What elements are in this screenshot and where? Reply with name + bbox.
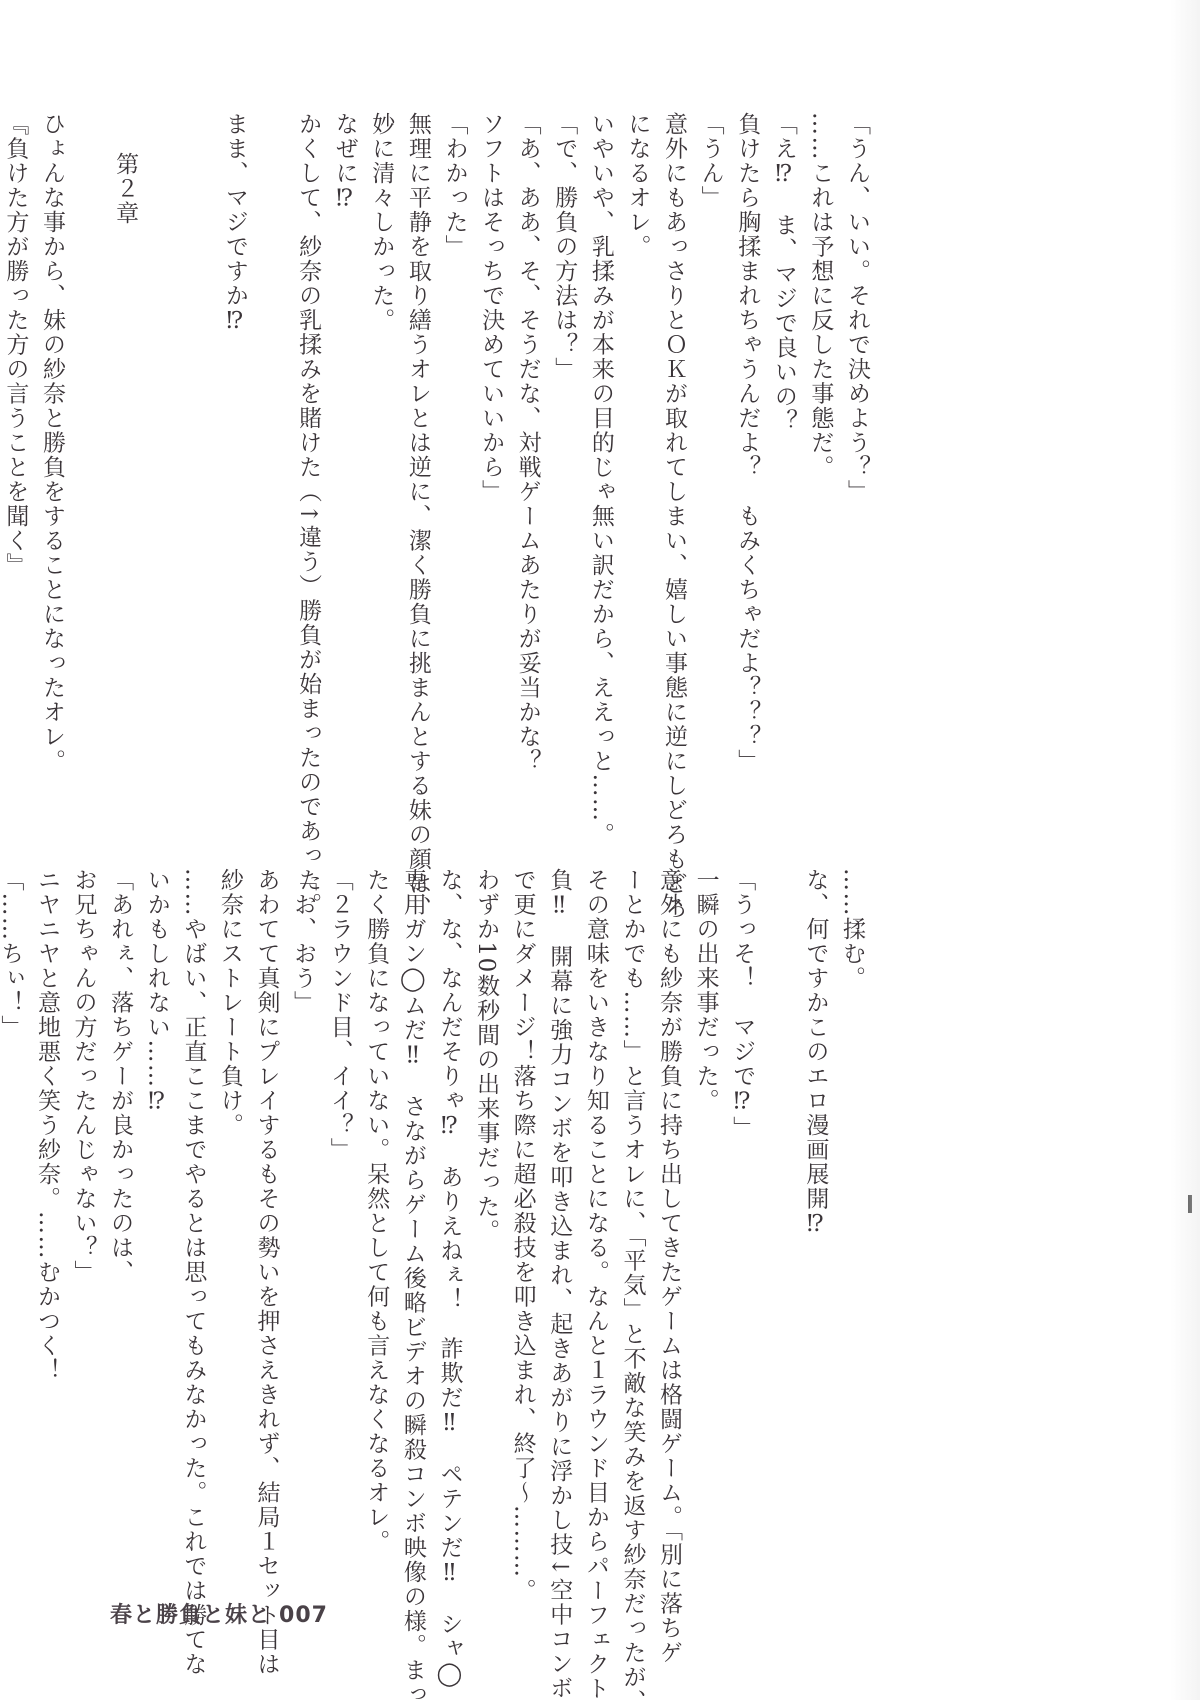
text-line: 無理に平静を取り繕うオレとは逆に、潔く勝負に挑まんとする妹の顔は、 <box>399 112 436 792</box>
text-line: わずか10数秒間の出来事だった。 <box>467 868 504 1528</box>
text-line: ーとかでも……」と言うオレに、「平気」と不敵な笑みを返す紗奈だったが、 <box>614 868 651 1528</box>
text-line: いかもしれない……⁉ <box>138 868 175 1528</box>
text-line: ……やばい、正直ここまでやるとは思ってもみなかった。これでは勝てな <box>175 868 212 1528</box>
text-line: あわてて真剣にプレイするもその勢いを押さえきれず、結局１セット目は <box>248 868 285 1528</box>
text-line: お兄ちゃんの方だったんじゃない？」 <box>65 868 102 1528</box>
text-line: 紗奈にストレート負け。 <box>211 868 248 1528</box>
text-line: 「うん、いい。それで決めよう？」 <box>838 112 875 792</box>
text-line: 意外にも紗奈が勝負に持ち出してきたゲームは格闘ゲーム。「別に落ちゲ <box>650 868 687 1528</box>
text-block-lower: ……揉む。 な、何ですかこのエロ漫画展開⁉ ​ 「うっそ！ マジで⁉」 一瞬の出… <box>130 868 870 1528</box>
text-line: 負けたら胸揉まれちゃうんだよ？ もみくちゃだよ？？？」 <box>729 112 766 792</box>
text-line: 「２ラウンド目、イイ？」 <box>321 868 358 1528</box>
text-line: 負‼ 開幕に強力コンボを叩き込まれ、起きあがりに浮かし技↓空中コンボ <box>541 868 578 1528</box>
text-line: ひょんな事から、妹の紗奈と勝負をすることになったオレ。 <box>33 112 70 792</box>
chapter-heading: 第２章 <box>107 112 144 792</box>
text-line: 「あ、ああ、そ、そうだな、対戦ゲームあたりが妥当かな？ <box>509 112 546 792</box>
text-line: 意外にもあっさりとＯＫが取れてしまい、嬉しい事態に逆にしどろもどろ <box>655 112 692 792</box>
text-line: ……これは予想に反した事態だ。 <box>802 112 839 792</box>
blank-line: ​ <box>253 112 290 792</box>
text-line: その意味をいきなり知ることになる。なんと１ラウンド目からパーフェクト <box>577 868 614 1528</box>
novel-page: 「うん、いい。それで決めよう？」 ……これは予想に反した事態だ。 「え⁉ ま、マ… <box>0 0 1200 1700</box>
text-line: になるオレ。 <box>619 112 656 792</box>
text-line: まま、マジですか⁉ <box>216 112 253 792</box>
page-footer: 春と勝負と妹と007 <box>110 1598 328 1629</box>
text-line: 『負けた方が勝った方の言うことを聞く』 <box>0 112 33 792</box>
text-block-upper: 「うん、いい。それで決めよう？」 ……これは予想に反した事態だ。 「え⁉ ま、マ… <box>135 112 875 792</box>
text-line: 「お、おう」 <box>285 868 322 1528</box>
text-line: 「わかった」 <box>436 112 473 792</box>
text-line: いやいや、乳揉みが本来の目的じゃ無い訳だから、ええっと……。 <box>582 112 619 792</box>
page-number: 007 <box>279 1603 328 1628</box>
text-line: ……揉む。 <box>833 868 870 1528</box>
text-line: 「あれぇ、落ちゲーが良かったのは、 <box>102 868 139 1528</box>
text-line: 妙に清々しかった。 <box>363 112 400 792</box>
text-line: 「で、勝負の方法は？」 <box>546 112 583 792</box>
book-title: 春と勝負と妹と <box>110 1603 271 1628</box>
text-line: 「うん」 <box>692 112 729 792</box>
text-line: 専用ガン◯ムだ‼ さながらゲーム後略ビデオの瞬殺コンボ映像の様。まっ <box>394 868 431 1528</box>
text-line: な、何ですかこのエロ漫画展開⁉ <box>797 868 834 1528</box>
text-line: 一瞬の出来事だった。 <box>687 868 724 1528</box>
text-line: 「うっそ！ マジで⁉」 <box>724 868 761 1528</box>
text-line: な、な、なんだそりゃ⁉ ありえねぇ！ 詐欺だ‼ ペテンだ‼ シャ◯ <box>431 868 468 1528</box>
blank-line: ​ <box>70 112 107 792</box>
text-line: たく勝負になっていない。呆然として何も言えなくなるオレ。 <box>358 868 395 1528</box>
text-line: ニヤニヤと意地悪く笑う紗奈。……むかつく！ <box>28 868 65 1528</box>
text-line: かくして、紗奈の乳揉みを賭けた（↑違う）勝負が始まったのであった。 <box>290 112 327 792</box>
text-line: なぜに⁉ <box>326 112 363 792</box>
text-line: 「……ちぃ！」 <box>0 868 28 1528</box>
text-line: ソフトはそっちで決めていいから」 <box>472 112 509 792</box>
text-line: 「え⁉ ま、マジで良いの？ <box>765 112 802 792</box>
page-edge-shadow <box>1170 0 1200 1700</box>
blank-line: ​ <box>760 868 797 1528</box>
text-line: で更にダメージ！落ち際に超必殺技を叩き込まれ、終了〜………。 <box>504 868 541 1528</box>
blank-line: ​ <box>180 112 217 792</box>
blank-line: ​ <box>143 112 180 792</box>
